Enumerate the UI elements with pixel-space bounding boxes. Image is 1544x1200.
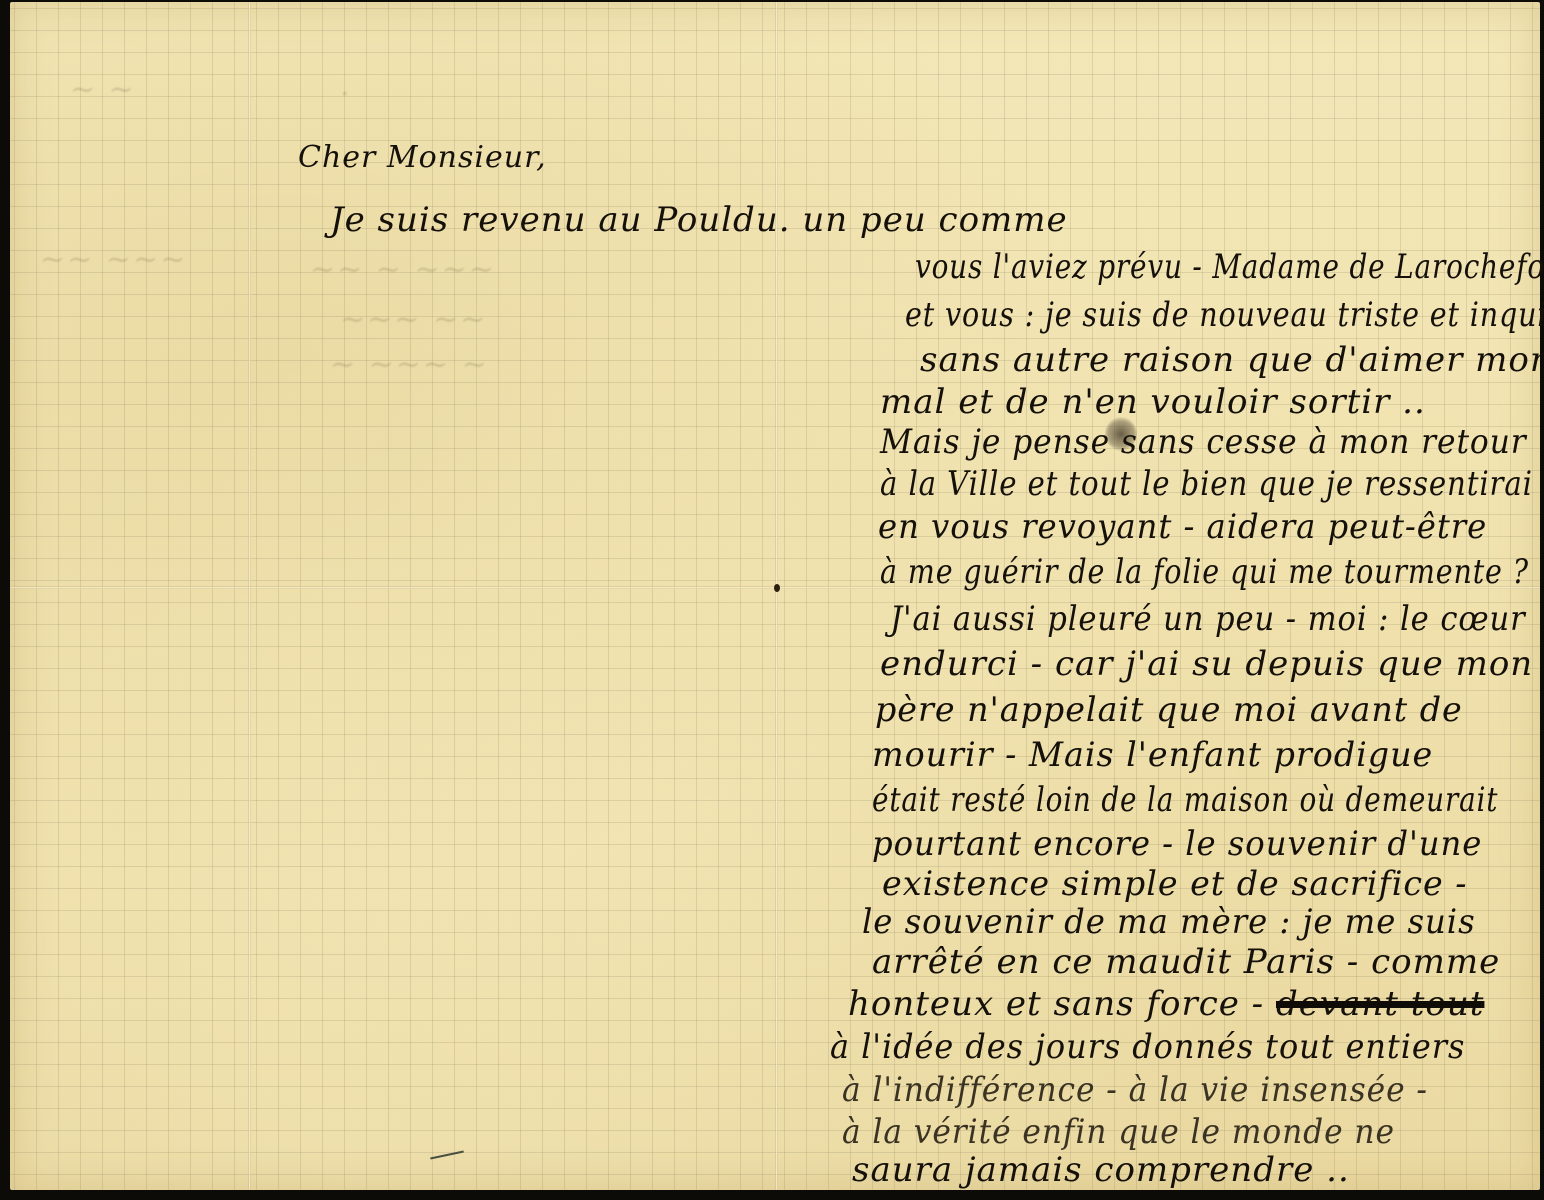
letter-line: à l'idée des jours donnés tout entiers (830, 1027, 1465, 1067)
letter-line: était resté loin de la maison où demeura… (872, 780, 1498, 820)
salutation: Cher Monsieur, (298, 140, 547, 175)
letter-line: J'ai aussi pleuré un peu - moi : le cœur (890, 599, 1526, 639)
letter-line: père n'appelait que moi avant de (875, 690, 1463, 730)
crease-intersection-mark (774, 584, 780, 592)
struck-out-text: devant tout (1276, 984, 1484, 1024)
letter-line: à me guérir de la folie qui me tourmente… (880, 552, 1529, 592)
letter-line: pourtant encore - le souvenir d'une (872, 824, 1482, 864)
fold-crease-center (775, 2, 778, 1190)
show-through-mark: · (340, 77, 352, 112)
letter-sheet: ~ ~ ~~ ~ ~~~ ~~~ ~~ ~ ~~~ ~ ~~ ~~~ · Che… (10, 2, 1540, 1190)
show-through-mark: ~~ ~ ~~~ (310, 252, 496, 287)
letter-line-text: honteux et sans force - (848, 984, 1264, 1024)
letter-line: à la vérité enfin que le monde ne (842, 1112, 1395, 1152)
letter-line: en vous revoyant - aidera peut-être (878, 507, 1487, 547)
letter-line: vous l'aviez prévu - Madame de Larochefo… (915, 247, 1544, 287)
letter-line: le souvenir de ma mère : je me suis (862, 902, 1476, 942)
letter-line: Mais je pense sans cesse à mon retour (880, 422, 1527, 462)
show-through-mark: ~ ~~~ ~ (330, 347, 489, 382)
show-through-mark: ~ ~ (70, 72, 250, 92)
letter-line: à l'indifférence - à la vie insensée - (842, 1070, 1428, 1110)
letter-line: honteux et sans force - devant tout (848, 984, 1484, 1024)
letter-line: Je suis revenu au Pouldu. un peu comme (330, 200, 1068, 240)
letter-line: et vous : je suis de nouveau triste et i… (905, 295, 1544, 335)
fold-crease-left (248, 2, 251, 1190)
letter-line: sans autre raison que d'aimer mon (920, 340, 1544, 380)
letter-line: saura jamais comprendre .. (852, 1150, 1350, 1190)
letter-line: existence simple et de sacrifice - (882, 864, 1468, 904)
letter-line: mourir - Mais l'enfant prodigue (872, 735, 1433, 775)
show-through-mark: ~~~ ~~ (340, 302, 487, 337)
letter-line: à la Ville et tout le bien que je ressen… (880, 464, 1533, 504)
letter-line: arrêté en ce maudit Paris - comme (872, 942, 1500, 982)
letter-line: endurci - car j'ai su depuis que mon (880, 644, 1533, 684)
show-through-mark: ~~ ~~~ (40, 242, 187, 277)
letter-line: mal et de n'en vouloir sortir .. (880, 382, 1426, 422)
